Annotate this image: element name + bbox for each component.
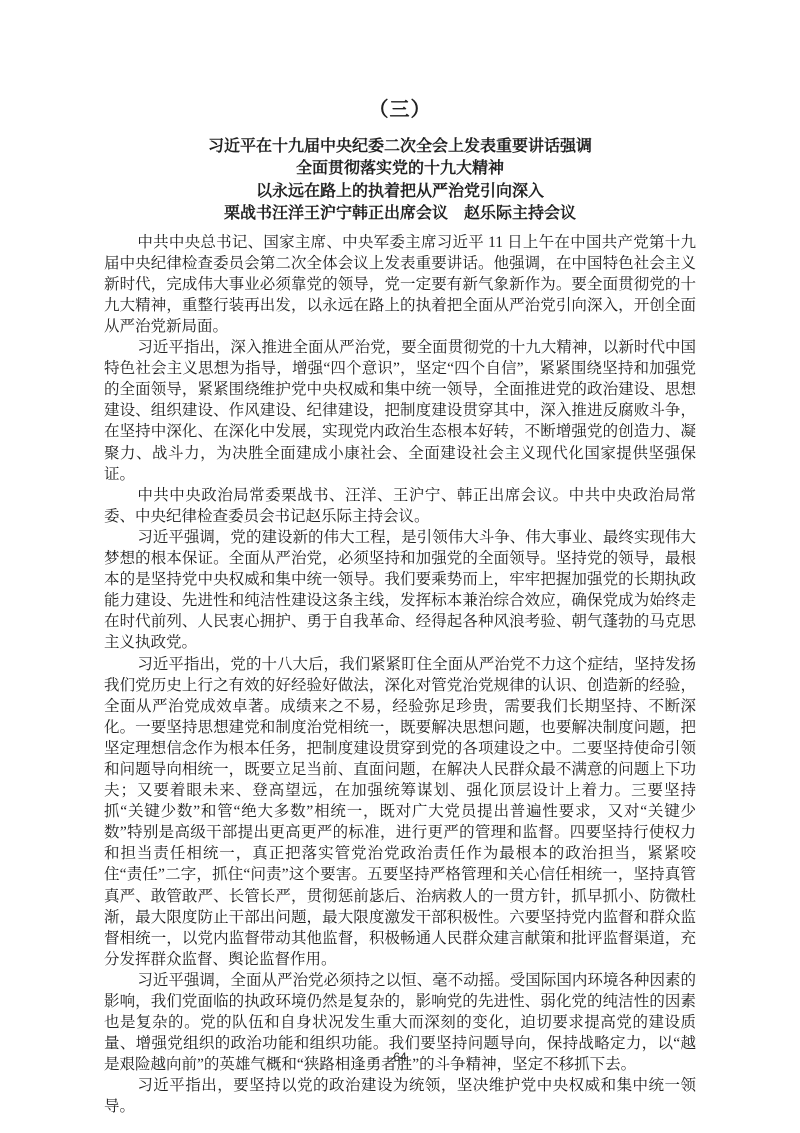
body-paragraph-5: 习近平指出，党的十八大后，我们紧紧盯住全面从严治党不力这个症结，坚持发扬我们党历…: [104, 654, 696, 970]
title-line-1: 习近平在十九届中央纪委二次全会上发表重要讲话强调: [104, 136, 696, 158]
article-body: 中共中央总书记、国家主席、中央军委主席习近平 11 日上午在中国共产党第十九届中…: [104, 232, 696, 1118]
title-line-3: 以永远在路上的执着把从严治党引向深入: [104, 181, 696, 203]
body-paragraph-3: 中共中央政治局常委栗战书、汪洋、王沪宁、韩正出席会议。中共中央政治局常委、中央纪…: [104, 485, 696, 527]
body-paragraph-2: 习近平指出，深入推进全面从严治党，要全面贯彻党的十九大精神，以新时代中国特色社会…: [104, 337, 696, 485]
body-paragraph-7: 习近平指出，要坚持以党的政治建设为统领，坚决维护党中央权威和集中统一领导。: [104, 1075, 696, 1117]
article-title: 习近平在十九届中央纪委二次全会上发表重要讲话强调 全面贯彻落实党的十九大精神 以…: [104, 136, 696, 226]
document-content: （三） 习近平在十九届中央纪委二次全会上发表重要讲话强调 全面贯彻落实党的十九大…: [104, 0, 696, 1118]
document-page: （三） 习近平在十九届中央纪委二次全会上发表重要讲话强调 全面贯彻落实党的十九大…: [0, 0, 800, 1133]
section-number: （三）: [104, 95, 696, 125]
title-line-4: 栗战书汪洋王沪宁韩正出席会议 赵乐际主持会议: [104, 203, 696, 225]
title-line-2: 全面贯彻落实党的十九大精神: [104, 158, 696, 180]
page-number: 64: [0, 1048, 800, 1066]
body-paragraph-1: 中共中央总书记、国家主席、中央军委主席习近平 11 日上午在中国共产党第十九届中…: [104, 232, 696, 337]
body-paragraph-4: 习近平强调，党的建设新的伟大工程，是引领伟大斗争、伟大事业、最终实现伟大梦想的根…: [104, 527, 696, 654]
